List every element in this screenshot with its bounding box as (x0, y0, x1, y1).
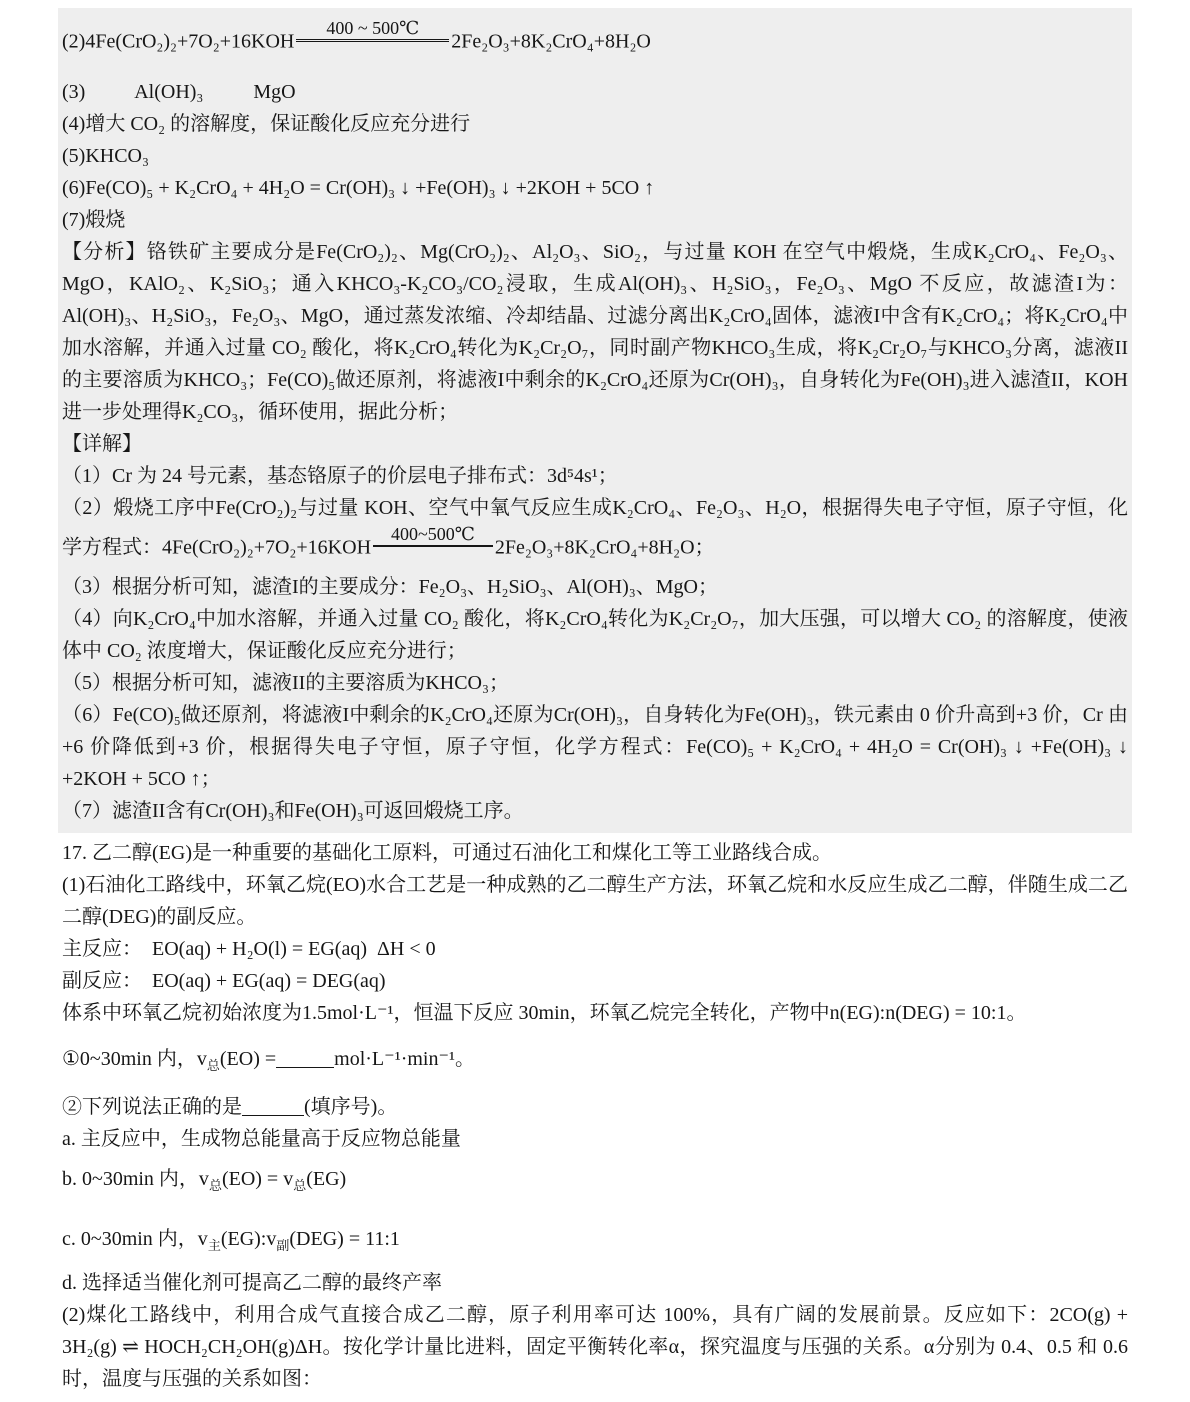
system-conditions-line: 体系中环氧乙烷初始浓度为1.5mol·L⁻¹，恒温下反应 30min，环氧乙烷完… (62, 997, 1128, 1029)
q1-text: (EO) = (220, 1048, 276, 1070)
v-subscript: 副 (276, 1238, 289, 1253)
answer-4: (4)增大 CO₂ 的溶解度，保证酸化反应充分进行 (62, 108, 1128, 140)
equation-left: (2)4Fe(CrO₂)₂+7O₂+16KOH (62, 31, 294, 53)
question-17-block: 17. 乙二醇(EG)是一种重要的基础化工原料，可通过石油化工和煤化工等工业路线… (62, 837, 1128, 1395)
side-reaction-line: 副反应： EO(aq) + EG(aq) = DEG(aq) (62, 965, 1128, 997)
detail-4: （4）向K₂CrO₄中加水溶解，并通入过量 CO₂ 酸化，将K₂CrO₄转化为K… (62, 603, 1128, 667)
detail-1: （1）Cr 为 24 号元素，基态铬原子的价层电子排布式：3d⁵4s¹； (62, 460, 1128, 492)
detail-5: （5）根据分析可知，滤液II的主要溶质为KHCO₃； (62, 667, 1128, 699)
reaction-condition-block: 400 ~ 500℃ (296, 18, 449, 42)
detail-6: （6）Fe(CO)₅做还原剂，将滤液I中剩余的K₂CrO₄还原为Cr(OH)₃，… (62, 699, 1128, 795)
option-d: d. 选择适当催化剂可提高乙二醇的最终产率 (62, 1267, 1128, 1299)
v-subscript: 总 (293, 1178, 306, 1193)
option-c: c. 0~30min 内，v主(EG):v副(DEG) = 11:1 (62, 1223, 1128, 1255)
option-b: b. 0~30min 内，v总(EO) = v总(EG) (62, 1163, 1128, 1195)
option-a: a. 主反应中，生成物总能量高于反应物总能量 (62, 1123, 1128, 1155)
double-rule (373, 545, 493, 548)
detail-3: （3）根据分析可知，滤渣I的主要成分：Fe₂O₃、H₂SiO₃、Al(OH)₃、… (62, 571, 1128, 603)
reaction-condition-text: 400 ~ 500℃ (296, 18, 449, 39)
answer-2-equation: (2)4Fe(CrO₂)₂+7O₂+16KOH400 ~ 500℃2Fe₂O₃+… (62, 18, 1128, 58)
answer-blank (242, 1096, 304, 1116)
answer-6: (6)Fe(CO)₅ + K₂CrO₄ + 4H₂O = Cr(OH)₃ ↓ +… (62, 172, 1128, 204)
question-17-part2: (2)煤化工路线中，利用合成气直接合成乙二醇，原子利用率可达 100%，具有广阔… (62, 1299, 1128, 1395)
answer-5: (5)KHCO₃ (62, 140, 1128, 172)
reaction-condition-text: 400~500℃ (373, 524, 493, 545)
question-17-part1: (1)石油化工路线中，环氧乙烷(EO)水合工艺是一种成熟的乙二醇生产方法，环氧乙… (62, 869, 1128, 933)
answer-blank (276, 1048, 334, 1068)
detail-7: （7）滤渣II含有Cr(OH)₃和Fe(OH)₃可返回煅烧工序。 (62, 795, 1128, 827)
v-subscript: 主 (208, 1238, 221, 1253)
answer-3: (3) Al(OH)₃ MgO (62, 76, 1128, 108)
subquestion-1-line: ①0~30min 内，v总(EO) =mol·L⁻¹·min⁻¹。 (62, 1043, 1128, 1075)
option-c-text: (EG):v (221, 1228, 277, 1250)
option-c-text: (DEG) = 11:1 (289, 1228, 400, 1250)
q1-text: ①0~30min 内，v (62, 1048, 207, 1070)
v-subscript: 总 (209, 1178, 222, 1193)
document-page: (2)4Fe(CrO₂)₂+7O₂+16KOH400 ~ 500℃2Fe₂O₃+… (0, 0, 1190, 1395)
answer-7: (7)煅烧 (62, 204, 1128, 236)
double-rule (296, 39, 449, 42)
option-b-text: (EG) (306, 1168, 346, 1190)
question-17-intro: 17. 乙二醇(EG)是一种重要的基础化工原料，可通过石油化工和煤化工等工业路线… (62, 837, 1128, 869)
option-b-text: (EO) = v (222, 1168, 293, 1190)
main-reaction-line: 主反应： EO(aq) + H₂O(l) = EG(aq) ΔH < 0 (62, 933, 1128, 965)
option-b-text: b. 0~30min 内，v (62, 1168, 209, 1190)
v-subscript: 总 (207, 1058, 220, 1073)
analysis-paragraph: 【分析】铬铁矿主要成分是Fe(CrO₂)₂、Mg(CrO₂)₂、Al₂O₃、Si… (62, 236, 1128, 428)
q2-text: ②下列说法正确的是 (62, 1096, 242, 1118)
detail-2-equation-right: 2Fe₂O₃+8K₂CrO₄+8H₂O； (495, 536, 715, 558)
reaction-condition-block: 400~500℃ (373, 524, 493, 548)
option-c-text: c. 0~30min 内，v (62, 1228, 208, 1250)
q1-unit-text: mol·L⁻¹·min⁻¹。 (334, 1048, 475, 1070)
equation-right: 2Fe₂O₃+8K₂CrO₄+8H₂O (451, 31, 651, 53)
detail-heading: 【详解】 (62, 428, 1128, 460)
subquestion-2-line: ②下列说法正确的是(填序号)。 (62, 1091, 1128, 1123)
answer-key-block: (2)4Fe(CrO₂)₂+7O₂+16KOH400 ~ 500℃2Fe₂O₃+… (58, 8, 1132, 833)
q2-text: (填序号)。 (304, 1096, 397, 1118)
detail-2: （2）煅烧工序中Fe(CrO₂)₂与过量 KOH、空气中氧气反应生成K₂CrO₄… (62, 492, 1128, 564)
